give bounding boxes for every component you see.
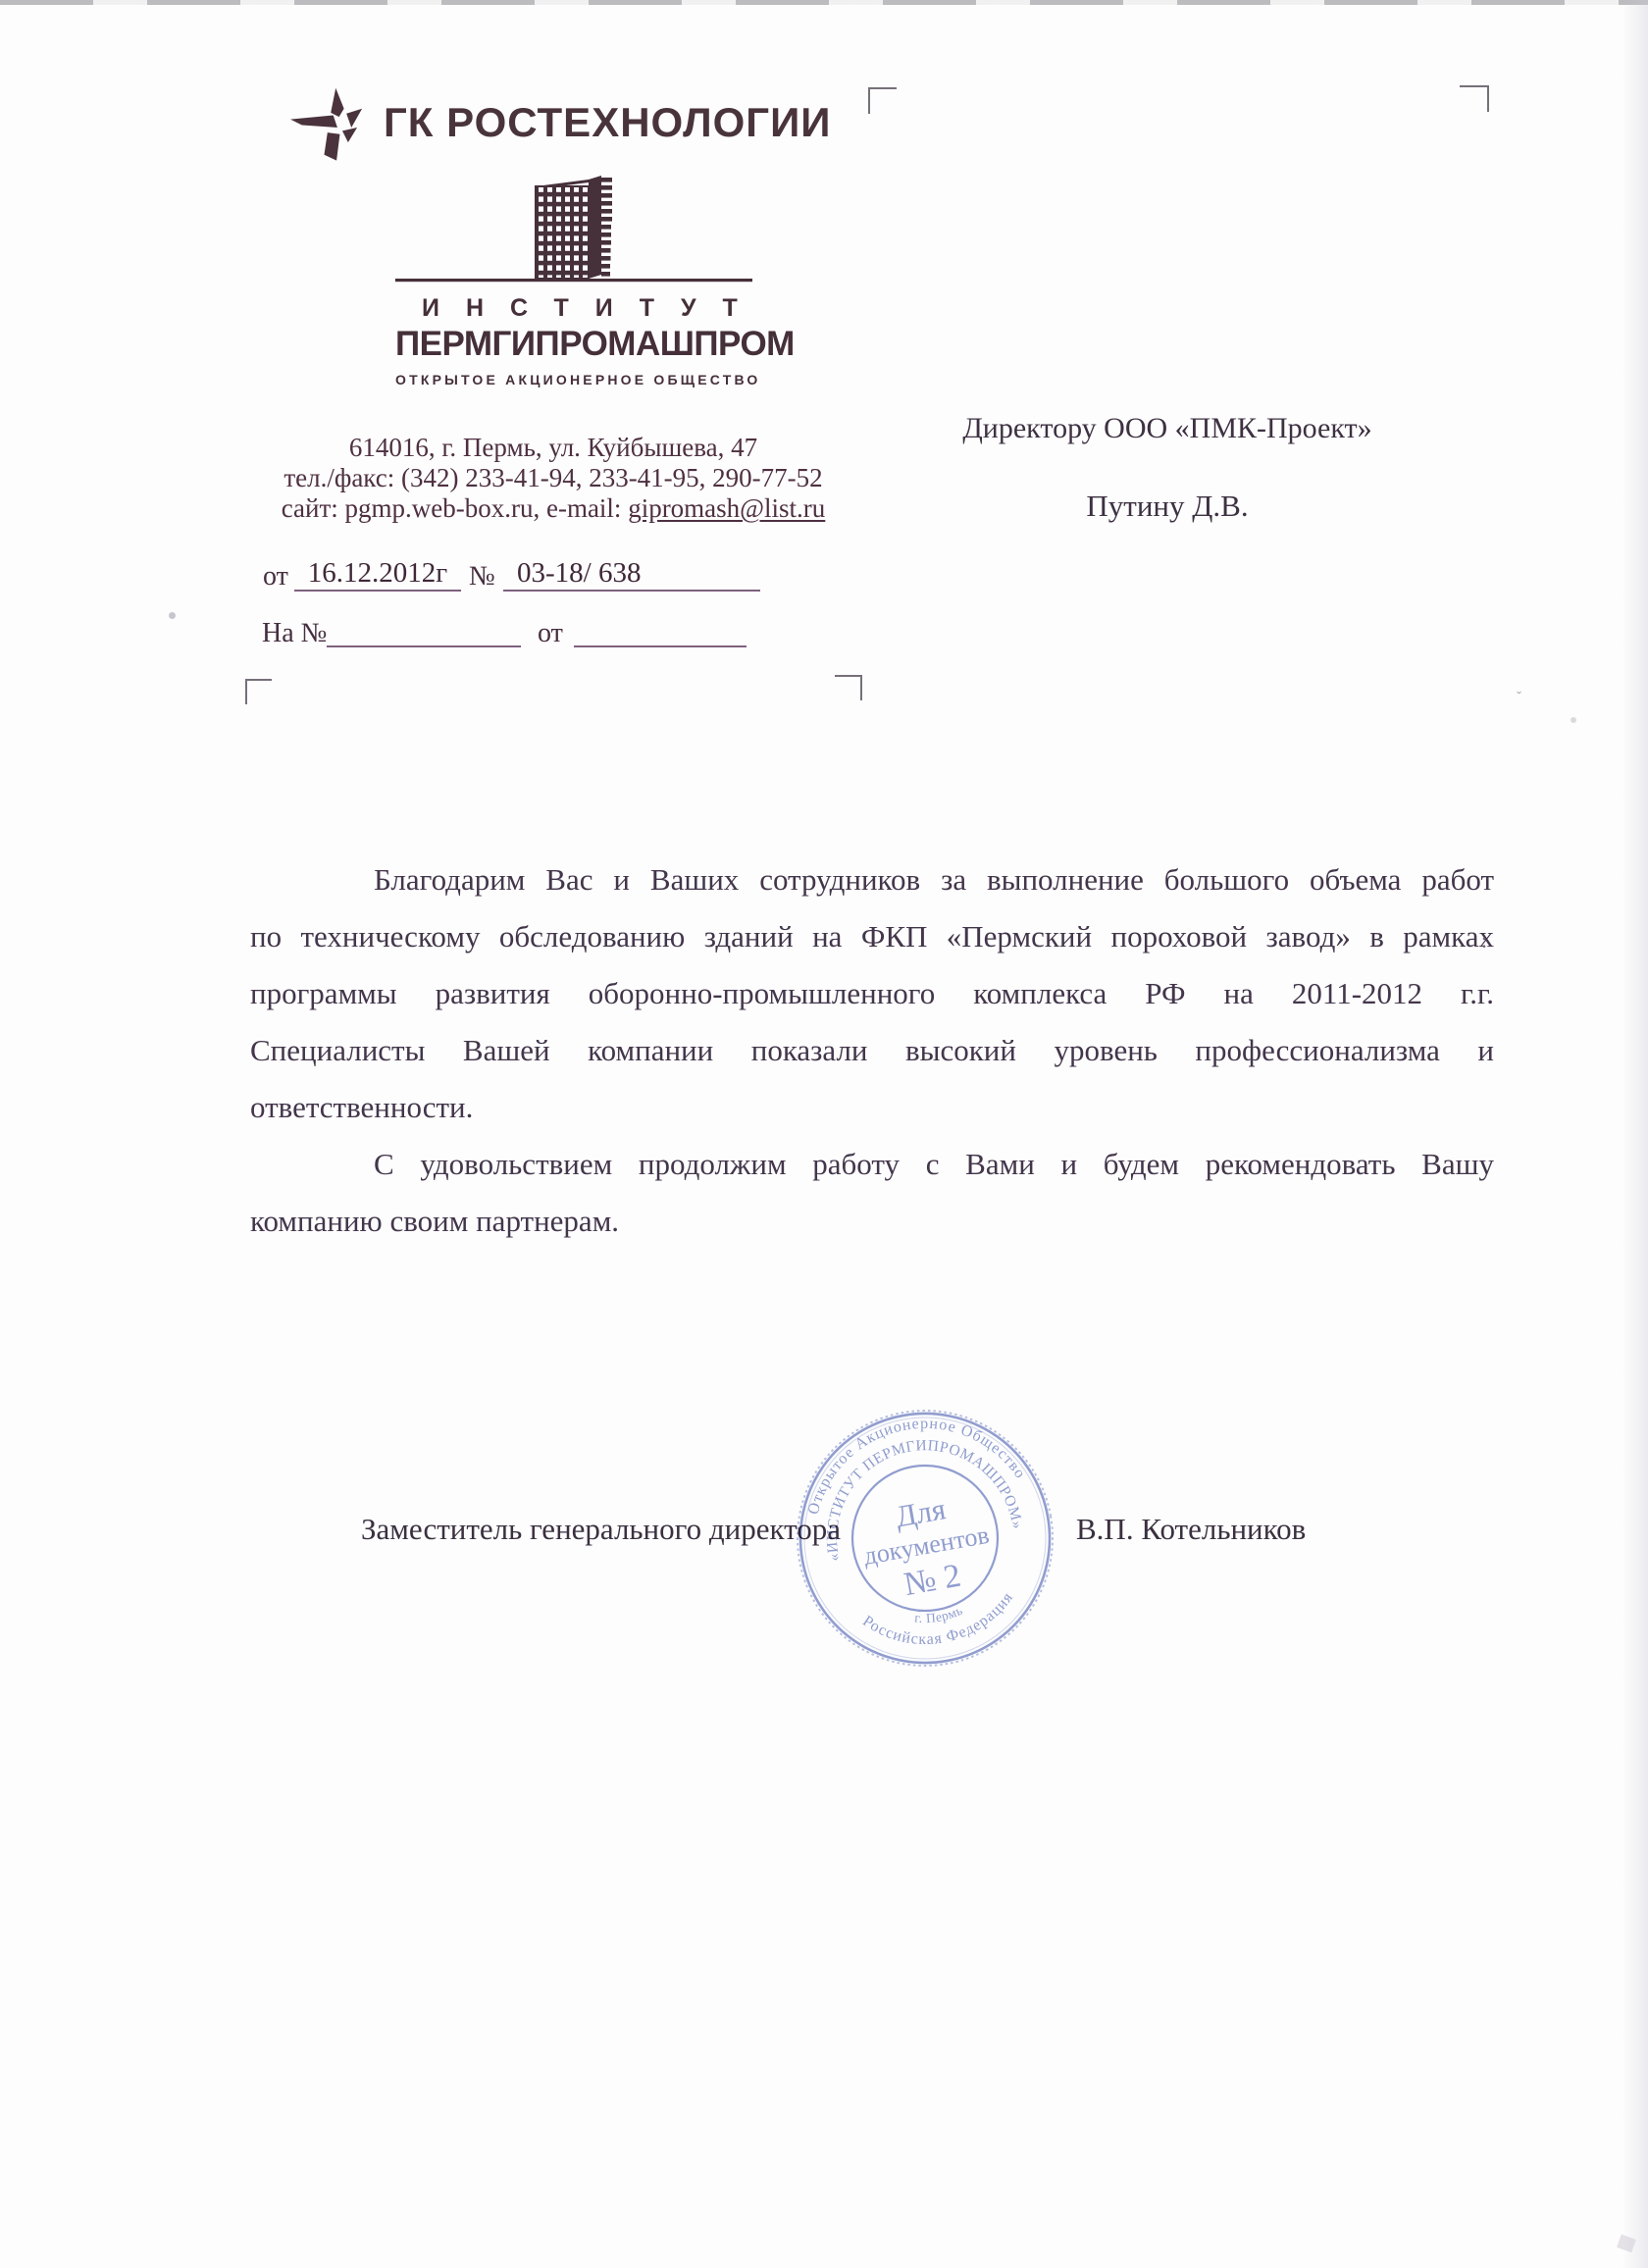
body-line: С удовольствием продолжим работу с Вами … — [250, 1136, 1494, 1193]
reply-from-label: от — [538, 618, 563, 649]
recipient-name: Путину Д.В. — [935, 489, 1400, 524]
window-corner-mark-top-right — [1460, 85, 1489, 112]
body-line: компанию своим партнерам. — [250, 1193, 1494, 1250]
letter-date-value: 16.12.2012г — [294, 557, 461, 592]
body-line: по техническому обследованию зданий на Ф… — [250, 908, 1494, 965]
institute-name: ПЕРМГИПРОМАШПРОМ — [395, 325, 752, 364]
svg-text:г. Пермь: г. Пермь — [911, 1602, 965, 1628]
rostec-logo-row: ГК РОСТЕХНОЛОГИИ — [285, 75, 832, 171]
recipient-position: Директору ООО «ПМК-Проект» — [935, 412, 1400, 445]
scan-speck — [169, 612, 176, 619]
scan-top-edge-artifact — [0, 0, 1648, 5]
from-label: от — [263, 561, 288, 593]
group-name: ГК РОСТЕХНОЛОГИИ — [384, 99, 832, 146]
email-address: gipromash@list.ru — [628, 493, 825, 523]
building-icon — [395, 175, 752, 286]
body-line: ответственности. — [250, 1079, 1494, 1136]
reply-number-blank — [327, 616, 521, 647]
scan-speck: ˇ — [1517, 691, 1521, 705]
rostec-star-icon — [285, 75, 368, 171]
scan-speck — [1571, 717, 1576, 723]
scanned-letter-page: ГК РОСТЕХНОЛОГИИ — [0, 0, 1648, 2268]
org-form-label: ОТКРЫТОЕ АКЦИОНЕРНОЕ ОБЩЕСТВО — [395, 372, 752, 387]
scan-speck: : — [1481, 930, 1487, 952]
site-prefix: сайт: pgmp.web-box.ru, e-mail: — [282, 493, 628, 523]
phone-fax-line: тел./факс: (342) 233-41-94, 233-41-95, 2… — [224, 463, 883, 493]
stamp-city: г. Пермь — [911, 1602, 965, 1628]
window-corner-mark-bottom-left — [245, 679, 272, 704]
reply-date-blank — [574, 616, 747, 647]
postal-address: 614016, г. Пермь, ул. Куйбышева, 47 — [224, 433, 883, 463]
window-corner-mark-bottom-right — [835, 675, 862, 700]
recipient-block: Директору ООО «ПМК-Проект» Путину Д.В. — [935, 412, 1400, 524]
stamp-center-line3: № 2 — [901, 1558, 963, 1604]
round-stamp: Открытое Акционерное Общество «ИНСТИТУТ … — [756, 1363, 1094, 1714]
site-email-line: сайт: pgmp.web-box.ru, e-mail: gipromash… — [224, 493, 883, 524]
signer-name: В.П. Котельников — [1076, 1512, 1306, 1547]
contact-block: 614016, г. Пермь, ул. Куйбышева, 47 тел.… — [224, 433, 883, 524]
stamp-center-line1: Для — [893, 1491, 948, 1533]
body-line: Благодарим Вас и Ваших сотрудников за вы… — [250, 851, 1494, 908]
number-label: № — [469, 561, 495, 593]
signer-position: Заместитель генерального директора — [361, 1512, 841, 1547]
scan-right-edge-shading — [1622, 0, 1648, 2268]
institute-logo-block: ИНСТИТУТ ПЕРМГИПРОМАШПРОМ ОТКРЫТОЕ АКЦИО… — [395, 175, 752, 387]
body-line: программы развития оборонно-промышленног… — [250, 965, 1494, 1022]
body-line: Специалисты Вашей компании показали высо… — [250, 1022, 1494, 1079]
institute-word: ИНСТИТУТ — [395, 294, 752, 323]
letter-body: Благодарим Вас и Ваших сотрудников за вы… — [250, 851, 1494, 1250]
reply-to-label: На № — [262, 618, 327, 649]
letter-number-value: 03-18/ 638 — [503, 557, 760, 592]
window-corner-mark-top-left — [868, 87, 897, 114]
